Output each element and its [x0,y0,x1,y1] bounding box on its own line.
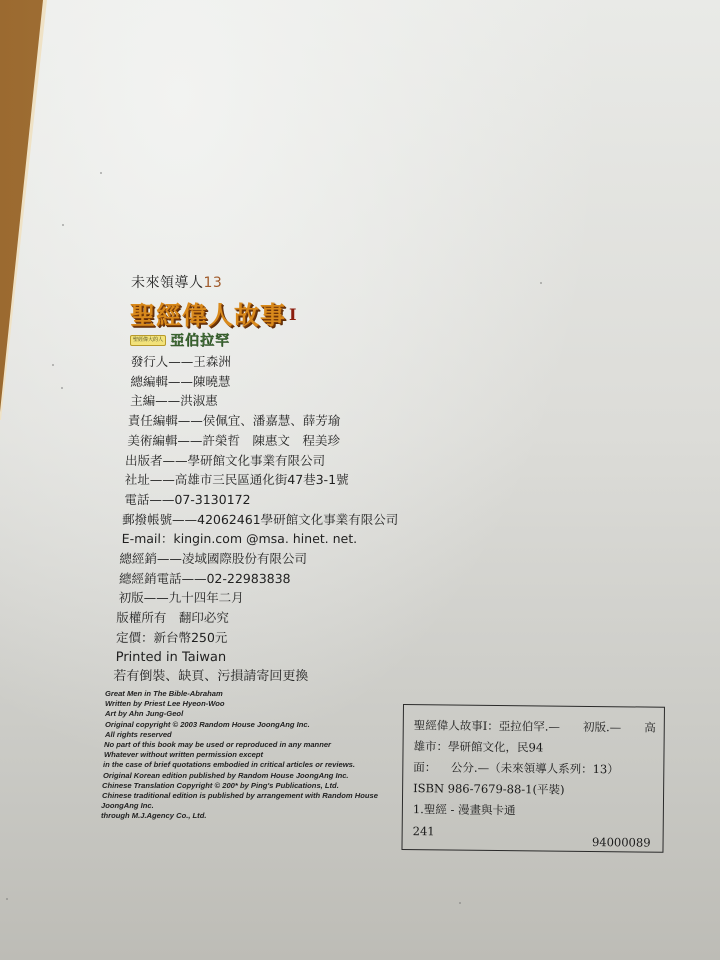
paper-speck [100,172,102,174]
cip-catalog-box: 聖經偉人故事I：亞拉伯罕.— 初版.— 高 雄市：學研館文化，民94 面： 公分… [401,704,665,853]
english-line: All rights reserved [105,730,378,740]
cip-title: 聖經偉人故事I：亞拉伯罕.— [414,715,560,738]
english-line: No part of this book may be used or repr… [104,740,378,750]
english-line: Written by Priest Lee Hyeon-Woo [105,699,378,709]
book-title: 聖經偉人故事I [130,296,298,332]
credit-rights-reserved: 版權所有 翻印必究 [116,608,396,628]
cip-pages: 面： [413,760,436,774]
credit-distributor-phone: 總經銷電話——02-22983838 [119,569,397,589]
paper-speck [52,364,54,366]
cip-line-1: 聖經偉人故事I：亞拉伯罕.— 初版.— 高 [414,715,656,739]
cip-edition: 初版.— [583,717,621,738]
paper-speck [540,282,542,284]
credit-responsible-editors: 責任編輯——侯佩宜、潘嘉慧、薛芳瑜 [128,411,400,431]
english-line: Great Men in The Bible-Abraham [105,689,378,699]
english-line: Whatever without written permission exce… [104,750,378,760]
cip-class-number: 241 [412,821,434,851]
credit-address: 社址——高雄市三民區通化街47巷3-1號 [125,470,399,490]
credit-postal-account: 郵撥帳號——42062461學研館文化事業有限公司 [122,510,398,530]
credit-price: 定價：新台幣250元 [116,628,396,648]
series-label: 未來領導人13 [131,272,222,292]
english-line: Chinese traditional edition is published… [102,791,378,801]
credit-return-notice: 若有倒裝、缺頁、污損請寄回更換 [113,667,395,687]
credit-email: E-mail：kingin.com @msa. hinet. net. [122,529,398,549]
volume-number: I [289,305,297,324]
series-number: 13 [204,275,223,291]
english-line: Original Korean edition published by Ran… [103,771,378,781]
credits-list: 發行人——王森洲 總編輯——陳曉慧 主編——洪淑惠 責任編輯——侯佩宜、潘嘉慧、… [125,352,401,687]
credit-art-editors: 美術編輯——許榮哲 陳惠文 程美珍 [127,431,399,451]
cip-record-number: 94000089 [592,832,651,854]
book-title-text: 聖經偉人故事 [130,301,286,330]
subtitle-row: 聖經偉大的人 亞伯拉罕 [130,330,230,350]
paper-speck [459,902,461,904]
cip-subject: 1.聖經 - 漫畫與卡通 [413,799,655,823]
subtitle-tag: 聖經偉大的人 [130,335,166,346]
credit-editor: 主編——洪淑惠 [130,391,400,411]
english-line: JoongAng Inc. [101,801,378,811]
english-line: Art by Ahn Jung-Geol [105,709,378,719]
english-line: through M.J.Agency Co., Ltd. [101,811,378,821]
cip-line-3: 面： 公分.—（未來領導人系列：13） [413,757,655,781]
credit-publisher: 出版者——學研館文化事業有限公司 [125,451,399,471]
cip-bottom-row: 241 94000089 [412,821,654,854]
series-name: 未來領導人 [131,275,204,291]
credit-phone: 電話——07-3130172 [124,490,398,510]
english-line: Original copyright © 2003 Random House J… [105,720,378,730]
credit-printed-in: Printed in Taiwan [115,648,395,668]
credit-publisher-person: 發行人——王森洲 [131,352,401,372]
credit-distributor: 總經銷——凌域國際股份有限公司 [119,549,397,569]
english-copyright-notice: Great Men in The Bible-Abraham Written b… [105,689,378,822]
cip-city-start: 高 [644,718,656,739]
cip-size-series: 公分.—（未來領導人系列：13） [451,761,619,777]
paper-speck [62,224,64,226]
cip-publisher-line: 雄市：學研館文化，民94 [413,736,655,760]
book-subtitle: 亞伯拉罕 [170,330,230,350]
english-line: Chinese Translation Copyright © 200* by … [102,781,378,791]
credit-first-edition: 初版——九十四年二月 [119,588,397,608]
cip-isbn: ISBN 986-7679-88-1(平裝) [413,778,655,802]
page-content: 未來領導人13 聖經偉人故事I 聖經偉大的人 亞伯拉罕 發行人——王森洲 總編輯… [0,0,720,960]
credit-chief-editor: 總編輯——陳曉慧 [130,372,400,392]
english-line: in the case of brief quotations embodied… [103,760,378,770]
paper-speck [6,898,8,900]
paper-speck [61,387,63,389]
